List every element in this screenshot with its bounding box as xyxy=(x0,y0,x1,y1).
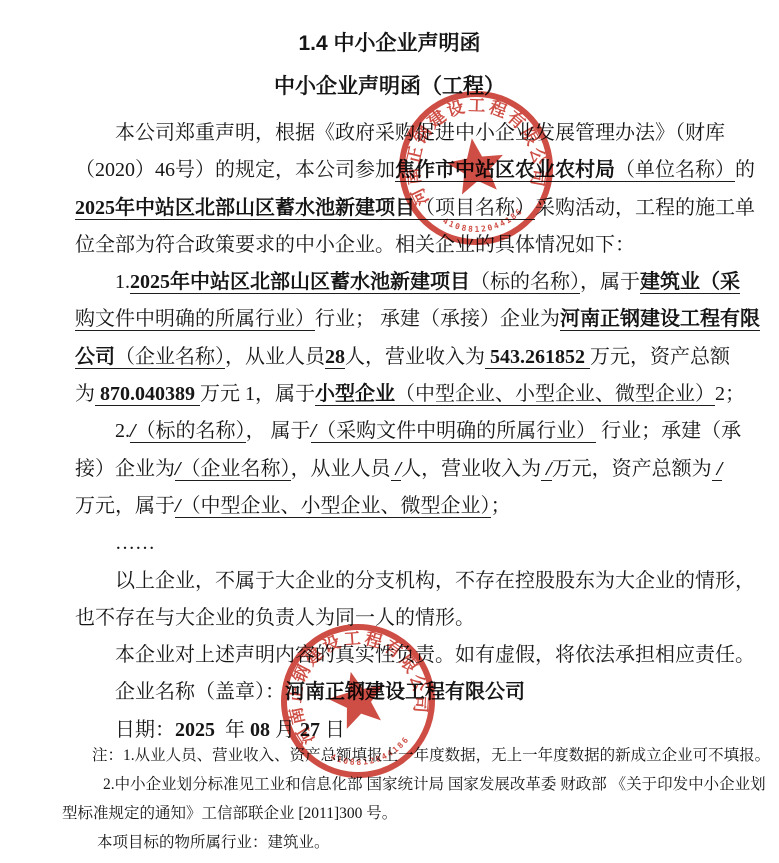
text-segment: 27 xyxy=(300,719,320,741)
text-segment: 万元，资产总额 xyxy=(590,346,730,368)
text-segment: （2020）46号）的规定，本公司参加 xyxy=(75,159,395,181)
text-segment: 小型企业 xyxy=(315,383,395,406)
text-segment: 870.040389 xyxy=(95,383,200,406)
text-segment: 08 xyxy=(250,719,270,741)
document-body: 本公司郑重声明，根据《政府采购促进中小企业发展管理办法》（财库（2020）46号… xyxy=(0,115,779,749)
text-segment: 行业；承建（承 xyxy=(596,420,741,442)
text-segment: 日 xyxy=(320,719,345,741)
text-segment: （标的名称） xyxy=(470,271,580,294)
text-segment: 本公司郑重声明，根据《政府采购促进中小企业发展管理办法》（财库 xyxy=(115,122,725,144)
text-segment: 月 xyxy=(270,719,300,741)
document-line: 企业名称（盖章）：河南正钢建设工程有限公司 xyxy=(75,674,779,711)
text-segment: （中型企业、小型企业、微型企业） xyxy=(395,383,715,406)
page-subtitle: 中小企业声明函（工程） xyxy=(0,74,779,100)
text-segment: （标的名称） xyxy=(136,420,246,443)
document-line: 为 870.040389 万元 1，属于小型企业（中型企业、小型企业、微型企业）… xyxy=(75,376,779,413)
document-line: 以上企业，不属于大企业的分支机构，不存在控股股东为大企业的情形， xyxy=(75,563,779,600)
text-segment: （项目名称） xyxy=(415,197,535,220)
document-line: 本企业对上述声明内容的真实性负责。如有虚假，将依法承担相应责任。 xyxy=(75,637,779,674)
text-segment: / xyxy=(175,458,181,481)
text-segment: ，属于 xyxy=(580,271,640,293)
document-line: 2./（标的名称）， 属于/（采购文件中明确的所属行业） 行业；承建（承 xyxy=(75,413,779,450)
document-line: 公司（企业名称），从业人员28人，营业收入为 543.261852 万元，资产总… xyxy=(75,339,779,376)
document-page: 1.4 中小企业声明函 中小企业声明函（工程） 本公司郑重声明，根据《政府采购促… xyxy=(0,0,779,863)
text-segment: 接）企业为 xyxy=(75,458,175,480)
text-segment: ，从业人员 xyxy=(291,458,391,480)
text-segment: 日期： xyxy=(115,719,175,741)
text-segment: 建筑业（采 xyxy=(640,271,740,294)
text-segment: 购文件中明确的所属行业） xyxy=(75,308,315,331)
text-segment: 以上企业，不属于大企业的分支机构，不存在控股股东为大企业的情形， xyxy=(115,570,755,592)
text-segment: 本企业对上述声明内容的真实性负责。如有虚假，将依法承担相应责任。 xyxy=(115,644,755,666)
document-line: 购文件中明确的所属行业）行业； 承建（承接）企业为河南正钢建设工程有限 xyxy=(75,301,779,338)
document-line: 也不存在与大企业的负责人为同一人的情形。 xyxy=(75,600,779,637)
text-segment: 2025 xyxy=(175,719,215,741)
text-segment: 公司 xyxy=(75,346,115,369)
text-segment: / xyxy=(130,420,136,443)
text-segment: 河南正钢建设工程有限 xyxy=(560,308,760,331)
text-segment: 位全部为符合政策要求的中小企业。相关企业的具体情况如下： xyxy=(75,234,635,256)
text-segment: （中型企业、小型企业、微型企业） xyxy=(181,495,491,518)
text-segment: / xyxy=(541,458,552,481)
footnote-line: 型标准规定的通知》工信部联企业 [2011]300 号。 xyxy=(62,799,779,828)
text-segment: （单位名称） xyxy=(615,159,735,182)
document-line: 本公司郑重声明，根据《政府采购促进中小企业发展管理办法》（财库 xyxy=(75,115,779,152)
text-segment: 河南正钢建设工程有限公司 xyxy=(285,681,525,703)
text-segment: 2； xyxy=(715,383,745,405)
footnote-line: 2.中小企业划分标准见工业和信息化部 国家统计局 国家发展改革委 财政部 《关于… xyxy=(62,770,779,799)
text-segment: 人，营业收入为 xyxy=(401,458,541,480)
text-segment: 2. xyxy=(115,420,130,442)
document-notes: 注：1.从业人员、营业收入、资产总额填报上一年度数据，无上一年度数据的新成立企业… xyxy=(0,741,779,857)
document-line: 1.2025年中站区北部山区蓄水池新建项目（标的名称），属于建筑业（采 xyxy=(75,264,779,301)
text-segment: 人，营业收入为 xyxy=(345,346,485,368)
text-segment: ； xyxy=(491,495,511,517)
document-line: （2020）46号）的规定，本公司参加焦作市中站区农业农村局（单位名称）的 xyxy=(75,152,779,189)
document-line: …… xyxy=(75,525,779,562)
text-segment: / xyxy=(391,458,402,481)
text-segment: ， 属于 xyxy=(246,420,311,442)
text-segment: （采购文件中明确的所属行业） xyxy=(316,420,596,443)
text-segment: 也不存在与大企业的负责人为同一人的情形。 xyxy=(75,607,475,629)
text-segment: （企业名称） xyxy=(115,346,225,369)
text-segment: 2025年中站区北部山区蓄水池新建项目 xyxy=(130,271,470,294)
text-segment: 万元，资产总额为 xyxy=(552,458,712,480)
text-segment: 年 xyxy=(215,719,250,741)
text-segment: 万元 1，属于 xyxy=(200,383,315,405)
text-segment: 采购活动，工程的施工单 xyxy=(535,197,755,219)
text-segment: / xyxy=(712,458,723,481)
text-segment: …… xyxy=(115,532,155,554)
text-segment: 万元，属于 xyxy=(75,495,175,517)
footnote-line: 注：1.从业人员、营业收入、资产总额填报上一年度数据，无上一年度数据的新成立企业… xyxy=(62,741,779,770)
document-line: 位全部为符合政策要求的中小企业。相关企业的具体情况如下： xyxy=(75,227,779,264)
text-segment: 的 xyxy=(735,159,755,181)
text-segment: 焦作市中站区农业农村局 xyxy=(395,159,615,182)
text-segment: 28 xyxy=(325,346,345,369)
page-title: 1.4 中小企业声明函 xyxy=(0,0,779,57)
footnote-line: 本项目标的物所属行业：建筑业。 xyxy=(62,828,779,857)
text-segment: （企业名称） xyxy=(181,458,291,481)
document-line: 2025年中站区北部山区蓄水池新建项目（项目名称）采购活动，工程的施工单 xyxy=(75,190,779,227)
text-segment: 543.261852 xyxy=(485,346,590,369)
text-segment: / xyxy=(175,495,181,518)
text-segment: 企业名称（盖章）： xyxy=(115,681,285,703)
text-segment: ，从业人员 xyxy=(225,346,325,368)
document-line: 万元，属于/（中型企业、小型企业、微型企业）； xyxy=(75,488,779,525)
document-line: 接）企业为/（企业名称），从业人员 /人，营业收入为 /万元，资产总额为 / xyxy=(75,451,779,488)
text-segment: 为 xyxy=(75,383,95,405)
text-segment: 行业； 承建（承接）企业为 xyxy=(315,308,560,330)
text-segment: 1. xyxy=(115,271,130,293)
text-segment: 2025年中站区北部山区蓄水池新建项目 xyxy=(75,197,415,220)
